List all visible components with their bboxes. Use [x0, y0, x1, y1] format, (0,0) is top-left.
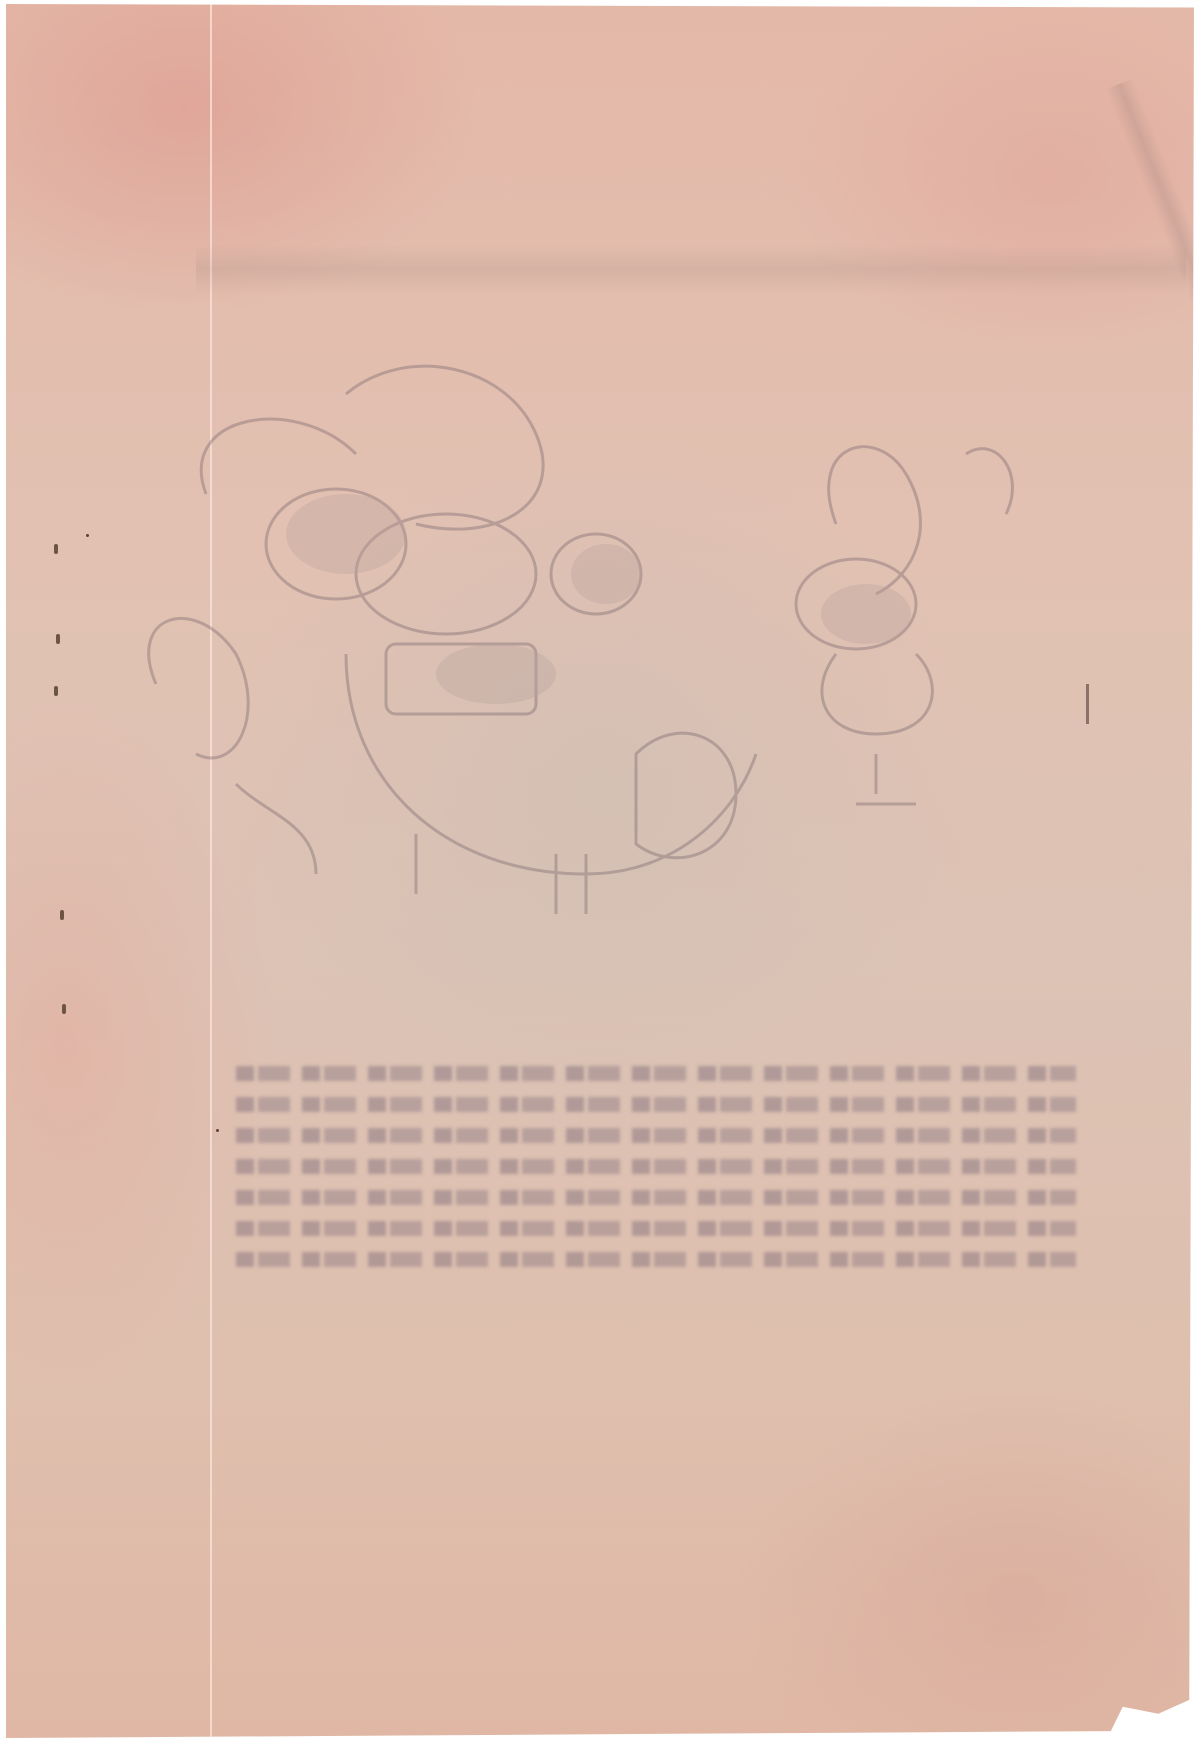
binding-hole: [62, 1004, 66, 1014]
paper-crease: [1105, 78, 1200, 738]
text-line: [236, 1159, 1076, 1174]
binding-hole: [56, 634, 60, 644]
text-line: [236, 1128, 1076, 1143]
text-line: [236, 1097, 1076, 1112]
scanned-page: Blank reverse side of an aged book page …: [6, 4, 1194, 1738]
paper-speck: [86, 534, 89, 537]
binding-hole: [54, 544, 58, 554]
text-line: [236, 1066, 1076, 1081]
paper-speck: [216, 1129, 219, 1132]
text-line: [236, 1221, 1076, 1236]
show-through-text-block: [236, 1066, 1076, 1283]
text-line: [236, 1252, 1076, 1267]
binding-hole: [54, 686, 58, 696]
text-line: [236, 1190, 1076, 1205]
show-through-illustration: [116, 354, 1116, 994]
binding-hole: [60, 910, 64, 920]
margin-mark: [1086, 684, 1089, 724]
horizontal-fold-shadow: [196, 244, 1186, 294]
